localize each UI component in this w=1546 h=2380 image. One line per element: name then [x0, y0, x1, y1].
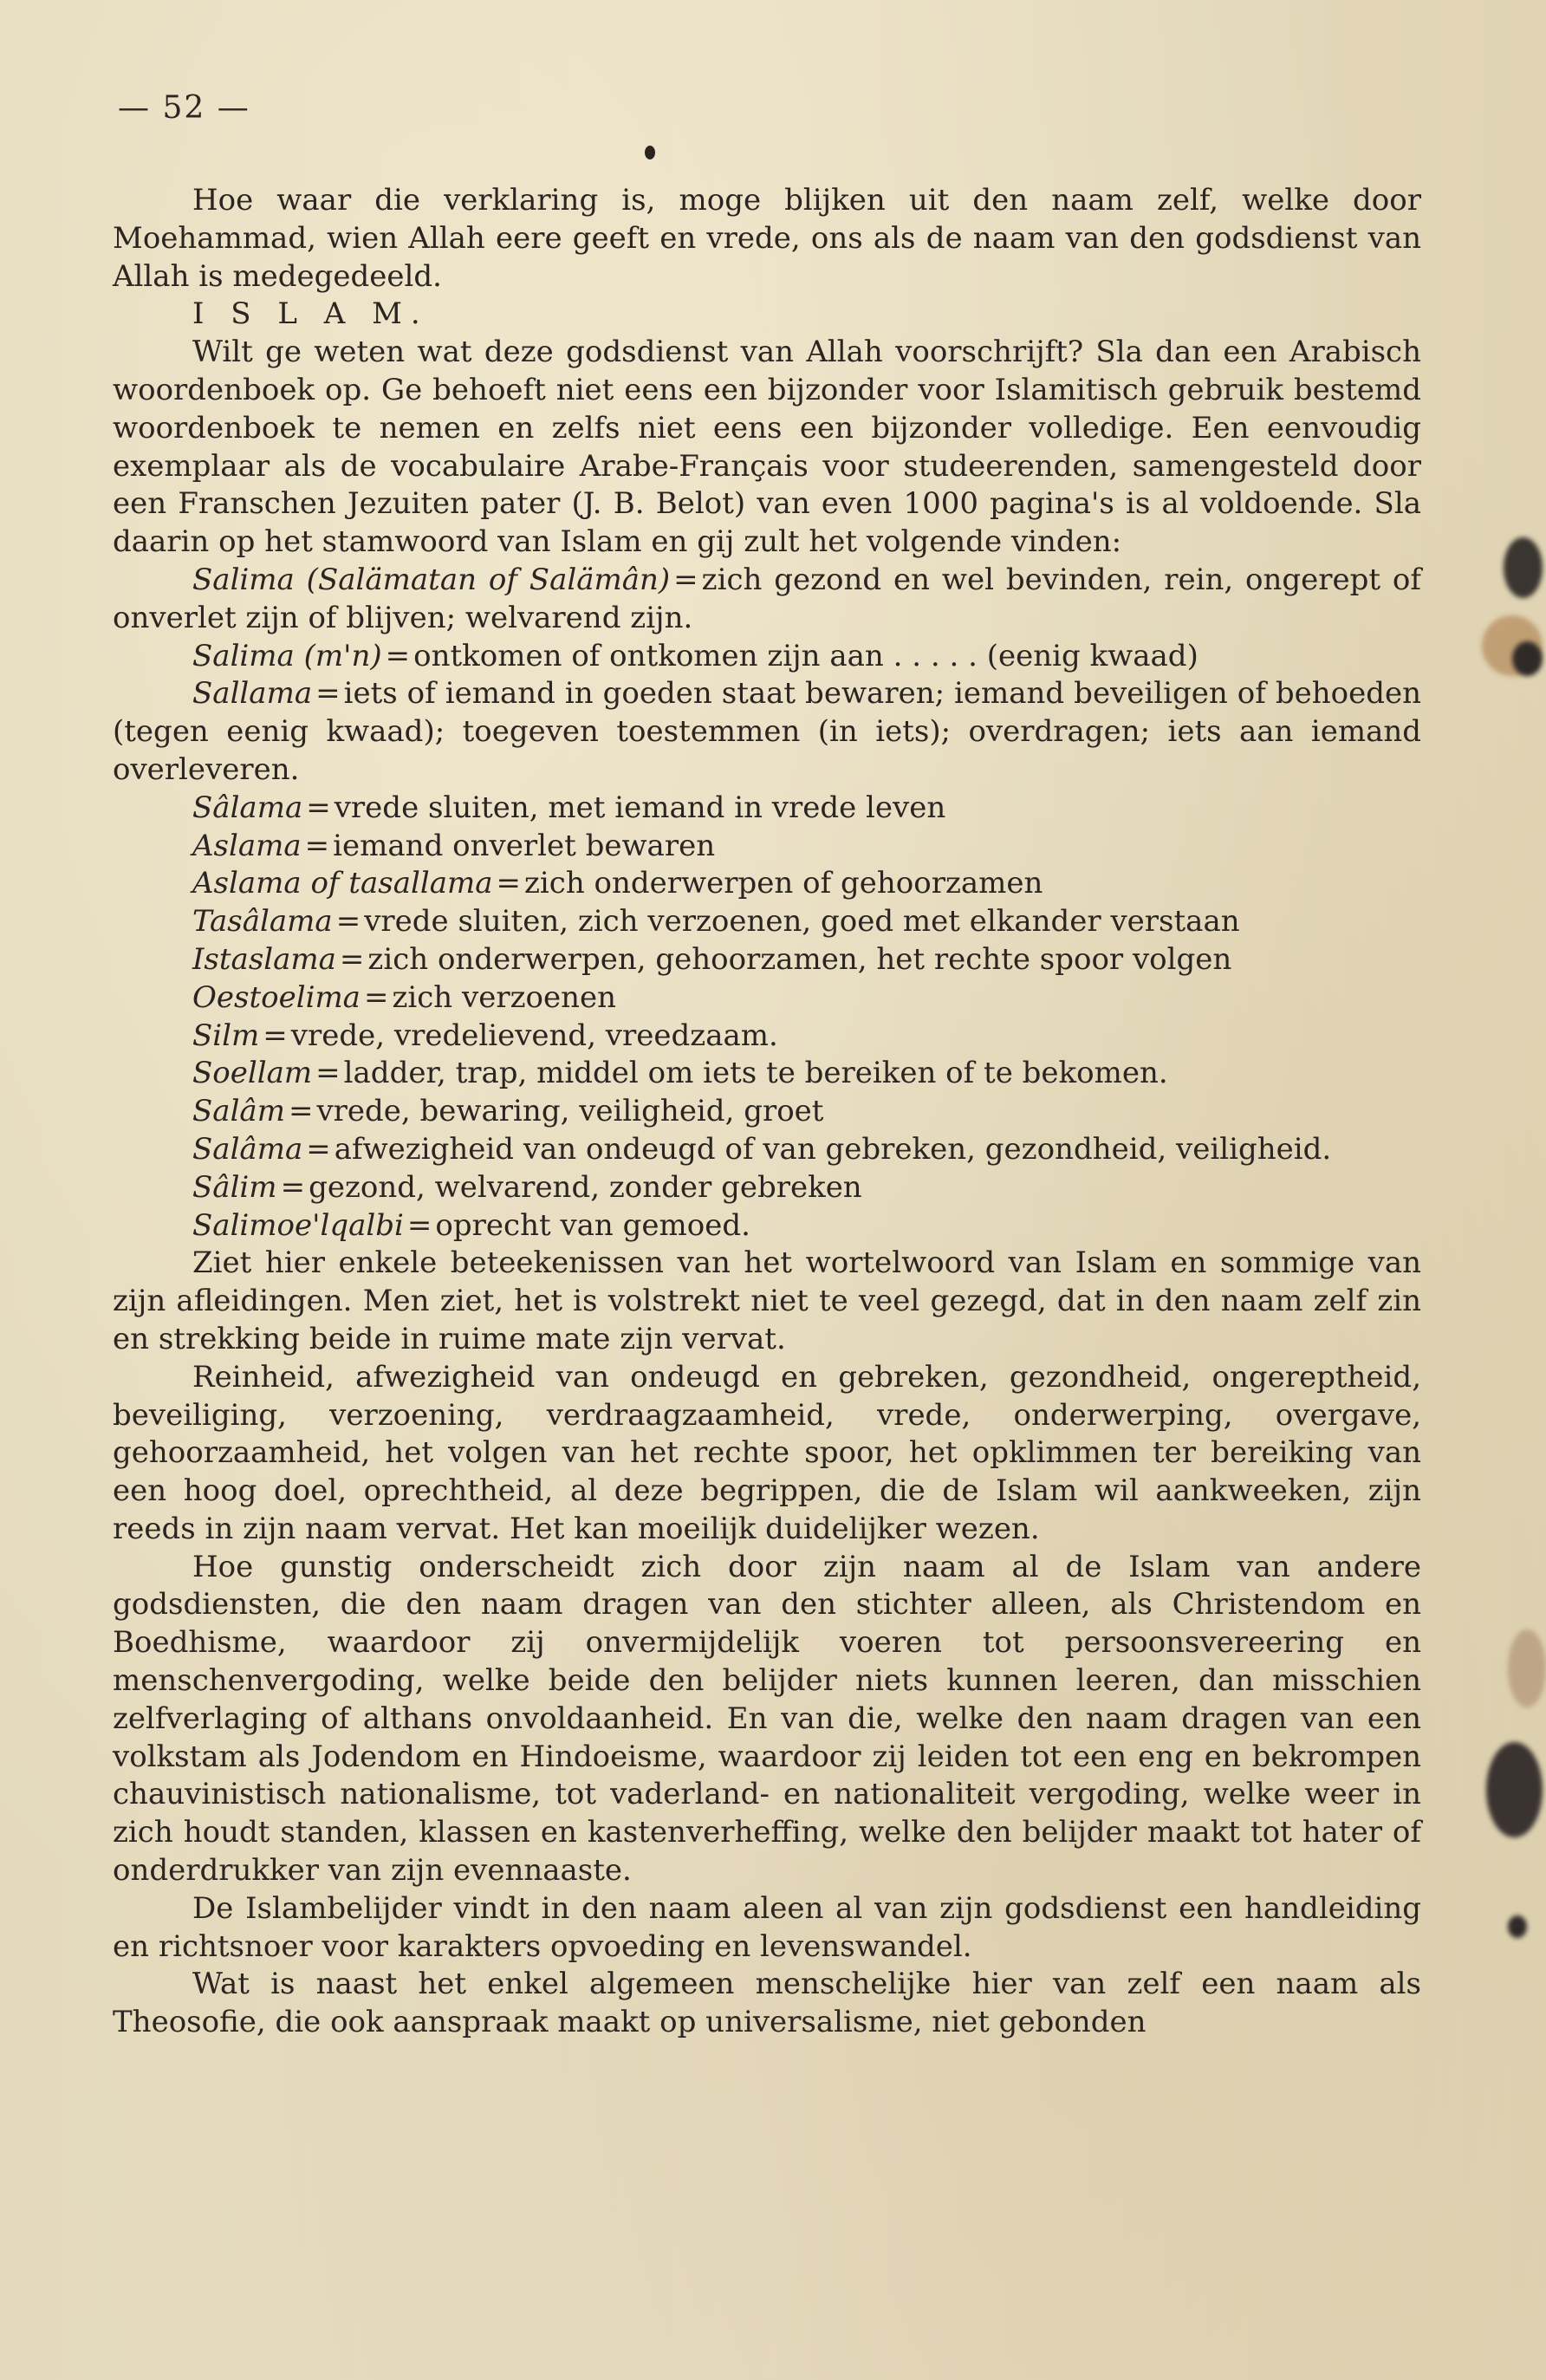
- entry-definition: gezond, welvarend, zonder gebreken: [309, 1170, 862, 1205]
- ink-stain-1: [1504, 537, 1543, 598]
- entry-definition: oprecht van gemoed.: [435, 1208, 750, 1243]
- equals-sign: =: [289, 1094, 314, 1128]
- entry-definition: afwezigheid van ondeugd of van gebreken,…: [335, 1132, 1331, 1167]
- dictionary-entry: Sallama=iets of iemand in goeden staat b…: [113, 675, 1421, 789]
- dictionary-entry: Salima (Salämatan of Salämân)=zich gezon…: [113, 562, 1421, 638]
- entry-definition: vrede sluiten, met iemand in vrede leven: [335, 790, 946, 825]
- ink-stain-6: [1508, 1915, 1527, 1938]
- entry-definition: vrede, bewaring, veiligheid, groet: [316, 1094, 823, 1128]
- dictionary-entry: Aslama of tasallama=zich onderwerpen of …: [113, 865, 1421, 903]
- equals-sign: =: [315, 676, 341, 711]
- printing-dot: [645, 146, 655, 159]
- dictionary-entry: Sâlama=vrede sluiten, met iemand in vred…: [113, 790, 1421, 828]
- body-paragraph: Reinheid, afwezigheid van ondeugd en geb…: [113, 1359, 1421, 1549]
- equals-sign: =: [305, 829, 330, 863]
- entry-definition: iemand onverlet bewaren: [333, 829, 715, 863]
- equals-sign: =: [263, 1018, 288, 1053]
- entry-term: Aslama: [192, 829, 302, 863]
- ink-stain-5: [1486, 1742, 1543, 1837]
- equals-sign: =: [315, 1056, 341, 1090]
- entry-term: Salima (Salämatan of Salämân): [192, 562, 670, 597]
- body-paragraph: De Islambelijder vindt in den naam aleen…: [113, 1890, 1421, 1967]
- dictionary-entry: Salâma=afwezigheid van ondeugd of van ge…: [113, 1131, 1421, 1169]
- equals-sign: =: [340, 942, 365, 977]
- entry-definition: ladder, trap, middel om iets te bereiken…: [344, 1056, 1168, 1090]
- dictionary-entry: Istaslama=zich onderwerpen, gehoorzamen,…: [113, 941, 1421, 979]
- entry-term: Sâlama: [192, 790, 302, 825]
- dictionary-entry: Salima (m'n)=ontkomen of ontkomen zijn a…: [113, 638, 1421, 676]
- entry-term: Sallama: [192, 676, 312, 711]
- equals-sign: =: [386, 639, 411, 673]
- dictionary-entry: Aslama=iemand onverlet bewaren: [113, 828, 1421, 866]
- entry-definition: zich onderwerpen, gehoorzamen, het recht…: [367, 942, 1231, 977]
- equals-sign: =: [364, 980, 389, 1015]
- entry-term: Salâm: [192, 1094, 285, 1128]
- equals-sign: =: [281, 1170, 306, 1205]
- dictionary-intro-paragraph: Wilt ge weten wat deze godsdienst van Al…: [113, 334, 1421, 562]
- entry-definition: vrede, vredelievend, vreedzaam.: [291, 1018, 778, 1053]
- ink-stain-4: [1508, 1629, 1546, 1707]
- dictionary-entry: Tasâlama=vrede sluiten, zich verzoenen, …: [113, 903, 1421, 941]
- dictionary-entry: Soellam=ladder, trap, middel om iets te …: [113, 1055, 1421, 1093]
- equals-sign: =: [497, 866, 522, 901]
- body-paragraph: Hoe gunstig onderscheidt zich door zijn …: [113, 1549, 1421, 1890]
- entry-term: Tasâlama: [192, 904, 333, 939]
- dictionary-entry: Silm=vrede, vredelievend, vreedzaam.: [113, 1018, 1421, 1056]
- page-body: Hoe waar die verklaring is, moge blijken…: [113, 182, 1421, 2042]
- entry-term: Soellam: [192, 1056, 312, 1090]
- body-paragraph: Ziet hier enkele beteekenissen van het w…: [113, 1245, 1421, 1358]
- equals-sign: =: [336, 904, 361, 939]
- equals-sign: =: [306, 1132, 331, 1167]
- dictionary-entry: Salimoe'lqalbi=oprecht van gemoed.: [113, 1207, 1421, 1245]
- entry-term: Aslama of tasallama: [192, 866, 493, 901]
- dictionary-entry: Sâlim=gezond, welvarend, zonder gebreken: [113, 1169, 1421, 1207]
- equals-sign: =: [673, 562, 698, 597]
- entry-definition: vrede sluiten, zich verzoenen, goed met …: [364, 904, 1239, 939]
- entry-term: Salimoe'lqalbi: [192, 1208, 404, 1243]
- entry-term: Salima (m'n): [192, 639, 382, 673]
- entry-term: Silm: [192, 1018, 259, 1053]
- entry-term: Salâma: [192, 1132, 302, 1167]
- entry-term: Sâlim: [192, 1170, 277, 1205]
- intro-paragraph: Hoe waar die verklaring is, moge blijken…: [113, 182, 1421, 296]
- entry-definition: ontkomen of ontkomen zijn aan . . . . . …: [413, 639, 1198, 673]
- entry-definition: zich verzoenen: [392, 980, 616, 1015]
- equals-sign: =: [306, 790, 331, 825]
- entry-term: Oestoelima: [192, 980, 361, 1015]
- dictionary-entries: Salima (Salämatan of Salämân)=zich gezon…: [113, 562, 1421, 1245]
- dictionary-entry: Oestoelima=zich verzoenen: [113, 979, 1421, 1018]
- ink-stain-3: [1512, 641, 1543, 676]
- page-number: — 52 —: [118, 90, 250, 126]
- equals-sign: =: [407, 1208, 432, 1243]
- entry-term: Istaslama: [192, 942, 336, 977]
- body-paragraph: Wat is naast het enkel algemeen menschel…: [113, 1966, 1421, 2042]
- section-heading: I S L A M.: [113, 296, 1421, 334]
- entry-definition: zich onderwerpen of gehoorzamen: [524, 866, 1043, 901]
- dictionary-entry: Salâm=vrede, bewaring, veiligheid, groet: [113, 1093, 1421, 1131]
